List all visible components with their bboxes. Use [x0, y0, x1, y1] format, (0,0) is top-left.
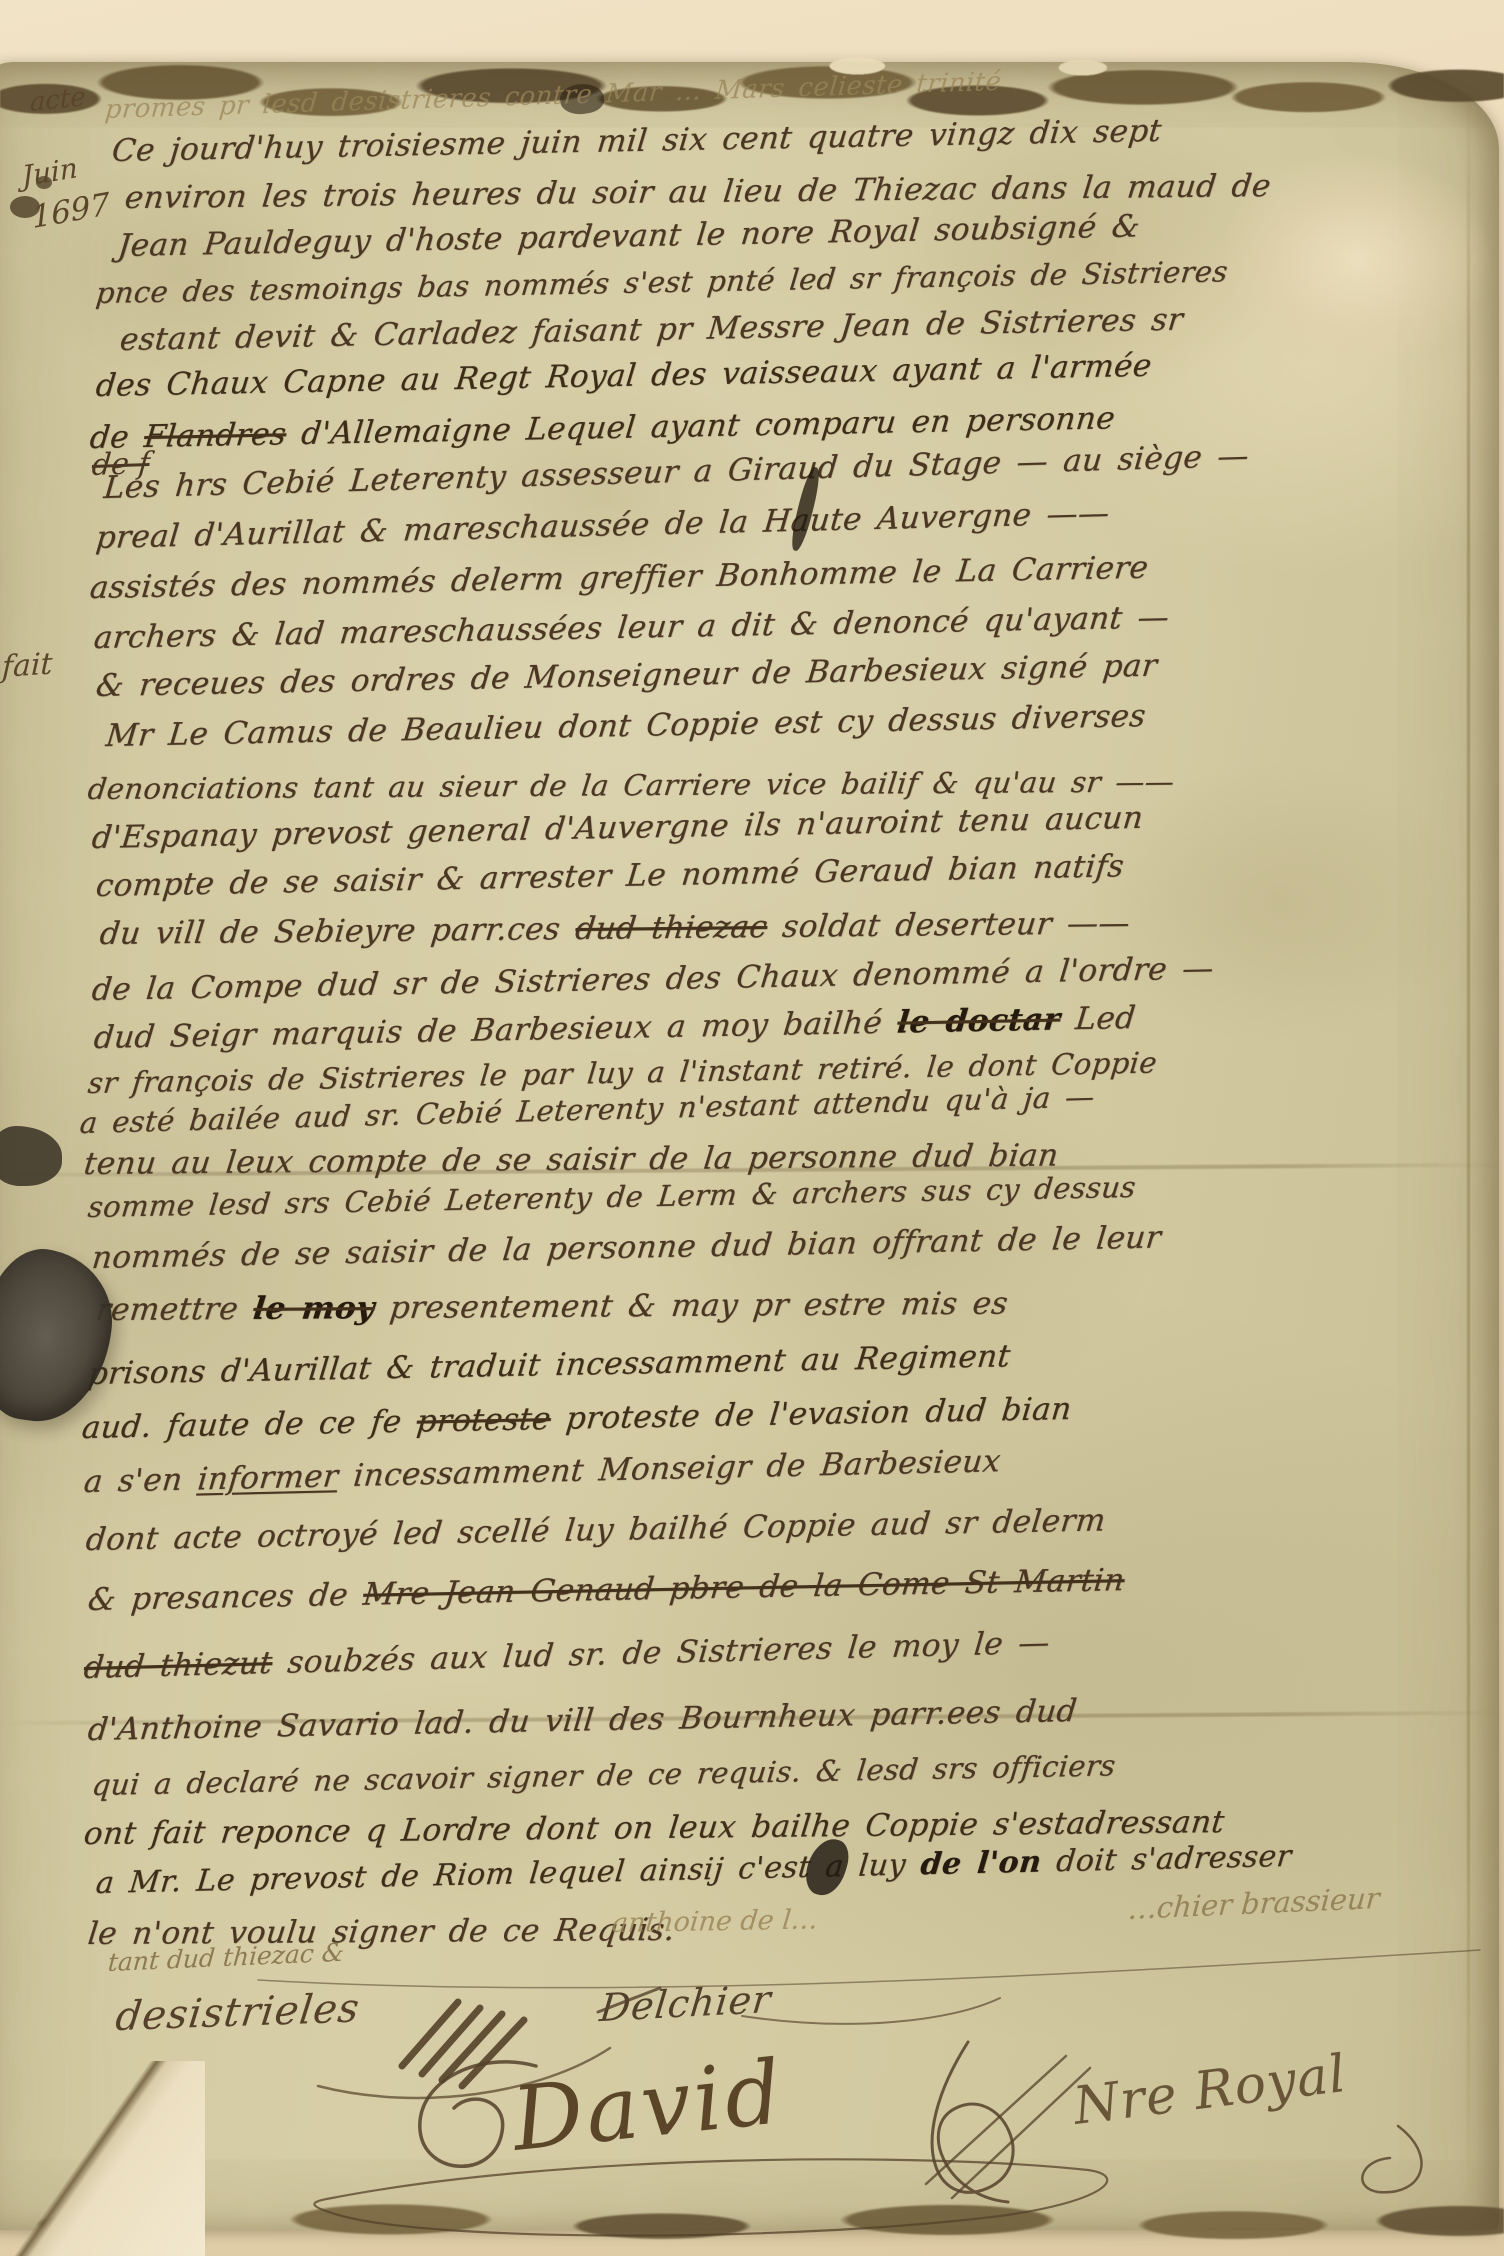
- right-edge-crease: [1467, 90, 1470, 2186]
- false-start-note: de f: [90, 446, 151, 483]
- folded-corner: [0, 2061, 205, 2256]
- faded-note: anthoine de l…: [610, 1904, 819, 1939]
- margin-note-fait: fait: [1, 646, 53, 685]
- margin-note-acte: acte: [30, 82, 86, 118]
- manuscript-page: acte Juin 1697 fait promes pr lesd desis…: [0, 0, 1504, 2256]
- signature-delchier: Delchier: [598, 1977, 774, 2030]
- manuscript-line: remettre le moy presentement & may pr es…: [94, 1286, 1010, 1328]
- torn-bottom-edge: [0, 2196, 1504, 2248]
- signature-desistrieres: desistrieles: [113, 1985, 362, 2040]
